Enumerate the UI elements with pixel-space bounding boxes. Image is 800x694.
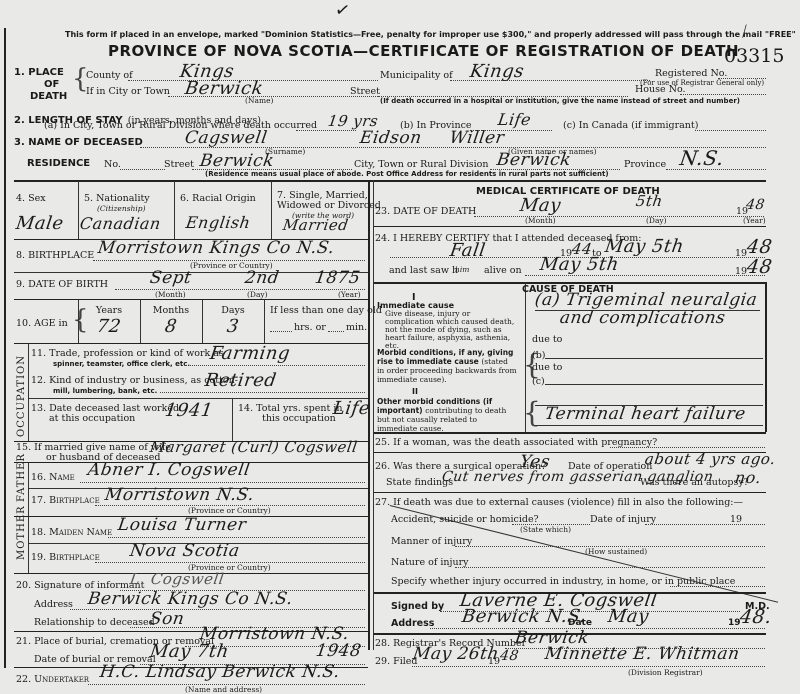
dob-month-note: (Month) <box>155 290 186 299</box>
undertaker-label: 22. Undertaker <box>16 674 89 685</box>
dob-day-note: (Day) <box>247 290 268 299</box>
alive-on-label: alive on <box>484 265 522 276</box>
attended-to-year: 48 <box>745 236 773 258</box>
undertaker-note: (Name and address) <box>185 685 262 694</box>
signed-by-label: Signed by <box>391 601 444 612</box>
residence-note: (Residence means usual place of abode. P… <box>205 170 609 178</box>
mailing-notice: This form if placed in an envelope, mark… <box>65 30 796 39</box>
residence-street-value: Berwick <box>199 151 276 171</box>
deceased-name-label: 3. NAME OF DECEASED <box>14 137 143 148</box>
registered-no-label: Registered No. <box>655 68 727 79</box>
mother-birthplace-label: 19. Birthplace <box>31 552 100 563</box>
immediate-cause-desc: Give disease, injury or complication whi… <box>385 310 515 350</box>
death-date-label: 23. DATE OF DEATH <box>375 206 476 217</box>
place-of-death-label: 1. PLACE OF DEATH <box>14 67 67 103</box>
racial-origin-value: English <box>185 213 252 232</box>
residence-province-value: N.S. <box>678 146 725 170</box>
dob-month: Sept <box>149 268 193 288</box>
certificate-title: PROVINCE OF NOVA SCOTIA—CERTIFICATE OF R… <box>108 42 739 60</box>
birthplace-label: 8. BIRTHPLACE <box>16 250 94 261</box>
nationality-value: Canadian <box>79 214 162 233</box>
roman-two: II <box>412 387 418 396</box>
residence-street-label: Street <box>164 159 194 170</box>
birthplace-value: Morristown Kings Co N.S. <box>97 238 336 258</box>
last-worked-label: 13. Date deceased last worked at this oc… <box>31 404 179 424</box>
city-name-note: (Name) <box>245 96 273 105</box>
last-saw-him: him <box>455 265 469 274</box>
total-years-label: 14. Total yrs. spent in this occupation <box>238 404 343 424</box>
due-to-2: due to <box>532 362 562 373</box>
dob-year: 1875 <box>314 268 362 288</box>
morbid-conditions-label: Morbid conditions, if any, giving rise t… <box>377 348 517 384</box>
age-days-value: 3 <box>202 316 265 337</box>
father-name-value: Abner I. Cogswell <box>87 460 252 480</box>
death-certificate: ✓ This form if placed in an envelope, ma… <box>0 0 800 694</box>
division-registrar-value: Minnette E. Whitman <box>544 644 741 664</box>
death-month-note: (Month) <box>525 216 556 225</box>
age-days-label: Days <box>203 305 263 316</box>
signature-date-label: Date <box>568 618 592 628</box>
injury-year-prefix: 19 <box>730 514 742 525</box>
father-birthplace-label: 17. Birthplace <box>31 495 100 506</box>
less-than-day-label: If less than one day old <box>270 305 382 316</box>
certificate-number: 03315 <box>724 45 784 67</box>
medical-certificate-title: MEDICAL CERTIFICATE OF DEATH <box>476 186 660 197</box>
hrs-label: hrs. or <box>294 322 326 333</box>
death-year-note: (Year) <box>743 216 766 225</box>
other-conditions-value: Terminal heart failure <box>544 404 747 424</box>
deceased-surname: Cagswell <box>184 128 269 148</box>
county-label: County of <box>86 70 133 81</box>
marital-value: Married <box>282 216 350 234</box>
father-name-label: 16. Name <box>31 472 75 483</box>
check-mark: ✓ <box>333 0 352 22</box>
death-day-note: (Day) <box>646 216 667 225</box>
residence-no-label: No. <box>104 159 121 170</box>
mother-maiden-value: Louisa Turner <box>117 515 248 535</box>
hospital-note: (If death occurred in a hospital or inst… <box>380 97 740 105</box>
autopsy-value: no. <box>734 468 763 487</box>
age-years-value: 72 <box>78 316 141 337</box>
father-birthplace-value: Morristown N.S. <box>104 485 256 505</box>
cause-c-label: (c) <box>532 376 545 387</box>
age-label: 10. AGE in <box>16 318 68 329</box>
nationality-note: (Citizenship) <box>97 204 146 213</box>
mother-birthplace-value: Nova Scotia <box>129 541 241 561</box>
father-birthplace-note: (Province or Country) <box>188 506 271 515</box>
q27-label: 27. If death was due to external causes … <box>375 497 743 508</box>
nationality-label: 5. Nationality <box>84 193 150 204</box>
occupation-side-label: OCCUPATION <box>16 355 27 437</box>
signature-date-value: May <box>607 606 651 627</box>
immediate-cause-value-1: (a) Trigeminal neuralgia <box>534 290 759 310</box>
age-years-label: Years <box>79 305 139 316</box>
due-to-1: due to <box>532 334 562 345</box>
municipality-label: Municipality of <box>380 70 453 81</box>
division-registrar-note: (Division Registrar) <box>628 668 703 677</box>
city-label: If in City or Town <box>86 86 170 97</box>
death-year: 48 <box>745 197 766 213</box>
street-label: Street <box>350 86 380 97</box>
last-saw-year: 48 <box>745 256 773 278</box>
racial-origin-label: 6. Racial Origin <box>180 193 256 204</box>
operation-date-value: about 4 yrs ago. <box>644 450 777 468</box>
dob-year-note: (Year) <box>338 290 361 299</box>
sex-label: 4. Sex <box>16 193 46 204</box>
residence-city-label: City, Town or Rural Division <box>354 159 488 170</box>
residence-label: RESIDENCE <box>27 158 90 169</box>
last-saw-label: and last saw h <box>389 265 458 276</box>
signature-address-label: Address <box>391 618 434 629</box>
immediate-cause-value-2: and complications <box>559 308 727 328</box>
filed-year: 48 <box>499 648 520 664</box>
father-side-label: FATHER <box>16 453 27 502</box>
informant-address-label: Address <box>34 599 73 610</box>
dob-label: 9. DATE OF BIRTH <box>16 279 108 290</box>
state-which-note: (State which) <box>520 525 571 534</box>
mother-maiden-label: 18. Maiden Name <box>31 527 112 538</box>
spouse-value: Margaret (Curl) Cogswell <box>149 438 359 456</box>
signature-year-value: 48. <box>738 606 773 628</box>
death-month: May <box>519 195 563 216</box>
dob-day: 2nd <box>244 268 281 288</box>
trade-label: 11. Trade, profession or kind of work as… <box>31 349 224 369</box>
burial-date-value: May 7th <box>149 641 231 662</box>
informant-address-value: Berwick Kings Co N.S. <box>87 589 295 609</box>
residence-city-value: Berwick <box>496 150 573 170</box>
min-label: min. <box>346 322 367 333</box>
deceased-given-names: Eidson Willer <box>359 128 506 148</box>
last-saw-value: May 5th <box>539 254 621 275</box>
cause-b-label: (b) <box>532 350 546 361</box>
total-years-value: Life <box>332 398 372 419</box>
last-worked-value: 1941 <box>164 400 215 421</box>
age-months-value: 8 <box>140 316 203 337</box>
death-day: 5th <box>635 192 664 210</box>
sex-value: Male <box>15 213 66 234</box>
age-months-label: Months <box>141 305 201 316</box>
relationship-value: Son <box>149 609 186 629</box>
stay-canada-label: (c) In Canada (if immigrant) <box>563 120 698 131</box>
stay-city-label: (a) In City, Town or Rural Division wher… <box>44 120 317 131</box>
other-conditions-label: Other morbid conditions (if important) c… <box>377 397 517 433</box>
burial-date-year: 1948 <box>315 641 363 661</box>
house-no-label: House No. <box>635 84 686 95</box>
certify-label: 24. I HEREBY CERTIFY that I attended dec… <box>375 233 641 244</box>
left-border <box>4 28 6 668</box>
trade-value: Farming <box>209 343 292 364</box>
informant-signature-value: L. Cogswell <box>129 570 226 588</box>
residence-province-label: Province <box>624 159 666 170</box>
undertaker-value: H.C. Lindsay Berwick N.S. <box>99 662 342 682</box>
how-sustained-note: (How sustained) <box>585 547 647 556</box>
autopsy-label: Was there an autopsy? <box>640 477 749 488</box>
attended-from-value: Fall <box>449 240 487 261</box>
municipality-value: Kings <box>469 61 526 82</box>
mother-side-label: MOTHER <box>16 505 27 560</box>
stay-province-value: Life <box>497 110 533 129</box>
industry-value: Retired <box>204 370 278 391</box>
strike-through-line <box>390 505 778 603</box>
